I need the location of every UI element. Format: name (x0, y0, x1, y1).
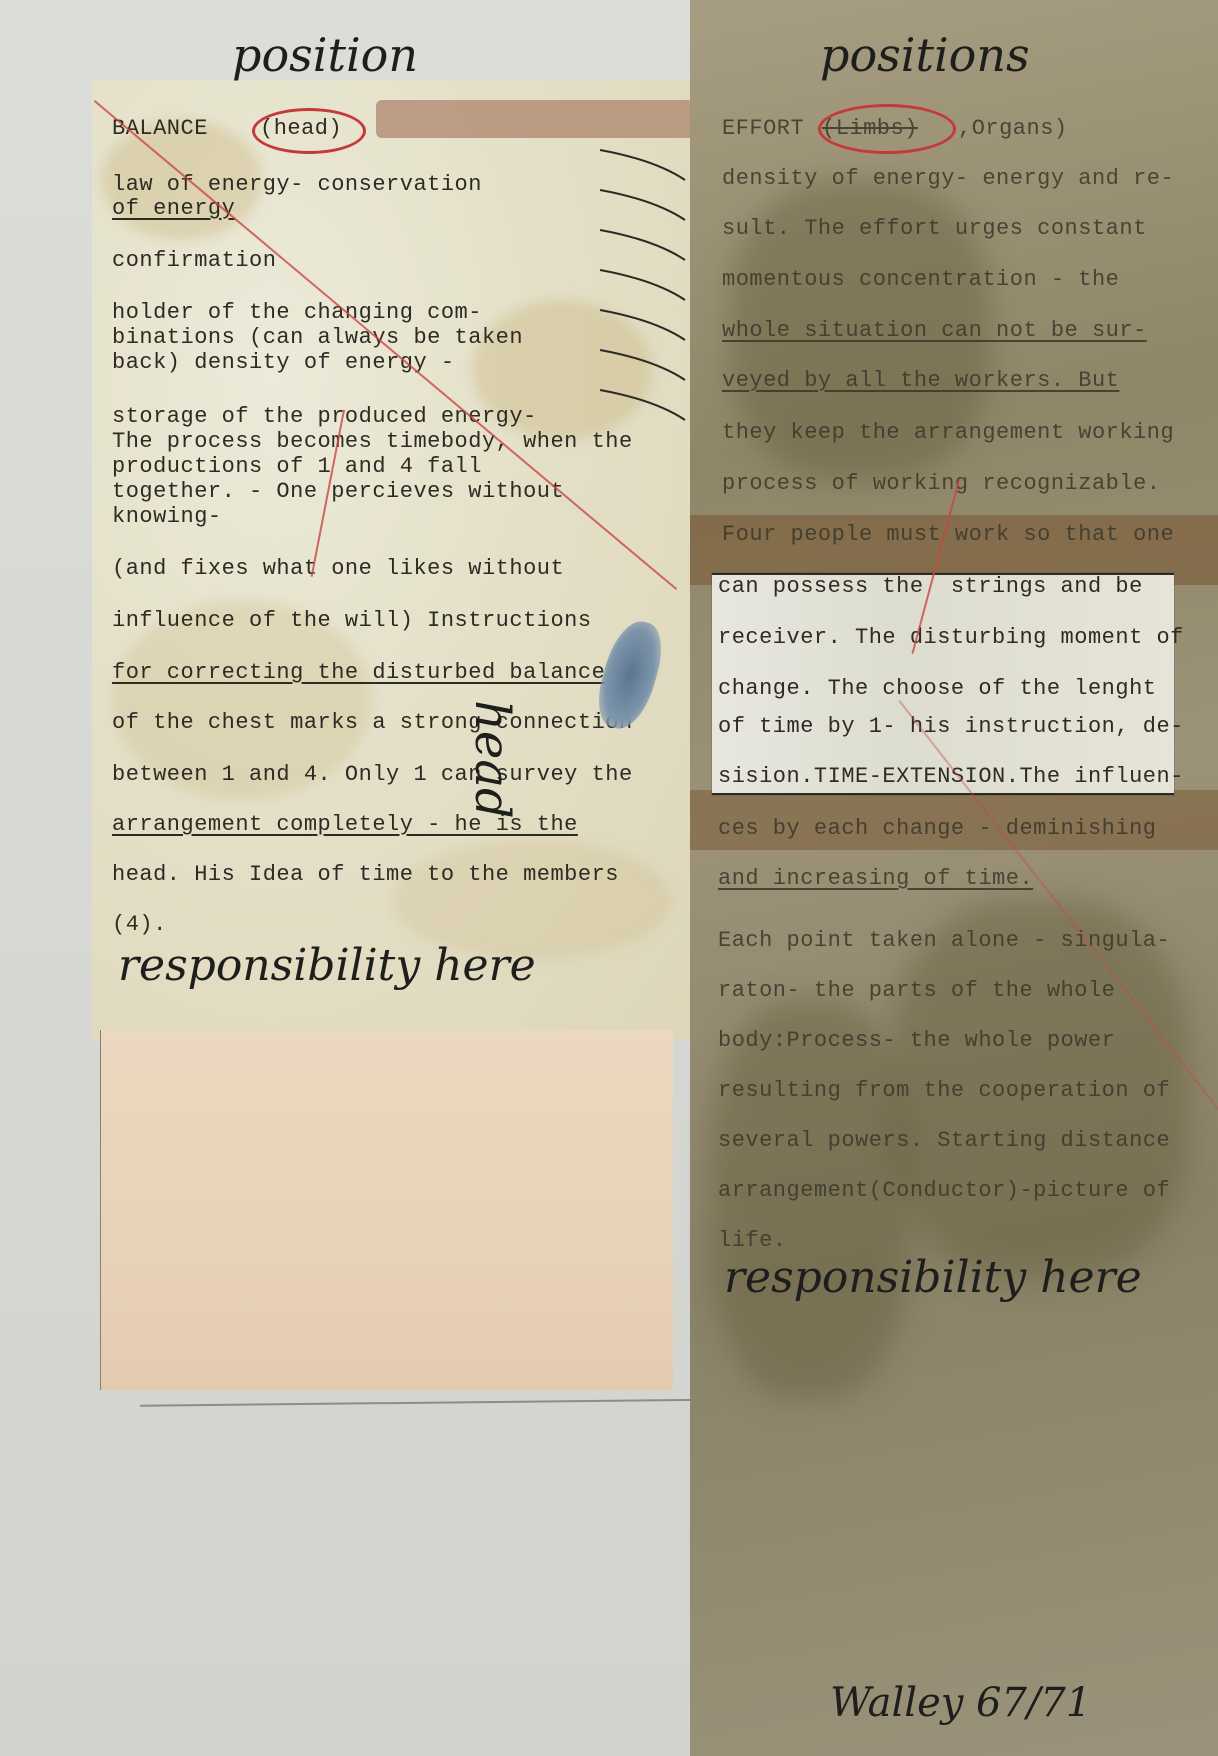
pencil-feather-strokes-icon (595, 140, 690, 470)
beige-watercolor-block (100, 1030, 673, 1390)
right-lower-line: life. (718, 1228, 787, 1254)
right-heading: EFFORT (722, 116, 804, 142)
left-line: (and fixes what one likes without (112, 556, 564, 582)
slip-line: of time by 1- his instruction, de- (718, 714, 1184, 740)
left-line: binations (can always be taken (112, 325, 523, 351)
right-line: whole situation can not be sur- (722, 318, 1147, 344)
right-line: they keep the arrangement working (722, 420, 1174, 446)
right-line: density of energy- energy and re- (722, 166, 1174, 192)
left-line: influence of the will) Instructions (112, 608, 592, 634)
left-line: head. His Idea of time to the members (112, 862, 619, 888)
left-line: The process becomes timebody, when the (112, 429, 633, 455)
right-lower-line: arrangement(Conductor)-picture of (718, 1178, 1170, 1204)
left-line: holder of the changing com- (112, 300, 482, 326)
right-line: sult. The effort urges constant (722, 216, 1147, 242)
left-line: together. - One percieves without (112, 479, 564, 505)
slip-line: change. The choose of the lenght (718, 676, 1156, 702)
right-line: process of working recognizable. (722, 471, 1160, 497)
slip-line: receiver. The disturbing moment of (718, 625, 1184, 651)
left-line: for correcting the disturbed balance (112, 660, 605, 686)
right-lower-line: several powers. Starting distance (718, 1128, 1170, 1154)
left-line: confirmation (112, 248, 276, 274)
left-heading-circled: (head) (260, 116, 342, 142)
right-lower-line: ces by each change - deminishing (718, 816, 1156, 842)
vertical-handwriting-head: head (464, 700, 520, 819)
left-line: (4). (112, 912, 167, 938)
left-line: of energy (112, 196, 235, 222)
right-heading-circled: (Limbs) (822, 116, 918, 142)
right-lower-line: raton- the parts of the whole (718, 978, 1115, 1004)
artwork-canvas: position BALANCE (head) law of energy- c… (0, 0, 1218, 1756)
left-line: between 1 and 4. Only 1 can survey the (112, 762, 633, 788)
brown-tape-strip (376, 100, 716, 138)
right-heading-crossed: ,Organs) (958, 116, 1068, 142)
left-line: back) density of energy - (112, 350, 455, 376)
right-lower-line: and increasing of time. (718, 866, 1033, 892)
right-handwritten-note: responsibility here (724, 1252, 1142, 1303)
left-line: of the chest marks a strong connection (112, 710, 633, 736)
left-line: law of energy- conservation (112, 172, 482, 198)
right-lower-line: body:Process- the whole power (718, 1028, 1115, 1054)
left-line: knowing- (112, 504, 222, 530)
right-lower-line: Each point taken alone - singula- (718, 928, 1170, 954)
right-lower-line: resulting from the cooperation of (718, 1078, 1170, 1104)
left-handwritten-note: responsibility here (118, 940, 536, 991)
right-line: Four people must work so that one (722, 522, 1174, 548)
left-handwritten-title: position (232, 28, 418, 82)
left-line: productions of 1 and 4 fall (112, 454, 482, 480)
artist-signature: Walley 67/71 (830, 1680, 1091, 1726)
right-line: veyed by all the workers. But (722, 368, 1119, 394)
right-line: momentous concentration - the (722, 267, 1119, 293)
right-handwritten-title: positions (820, 28, 1030, 82)
